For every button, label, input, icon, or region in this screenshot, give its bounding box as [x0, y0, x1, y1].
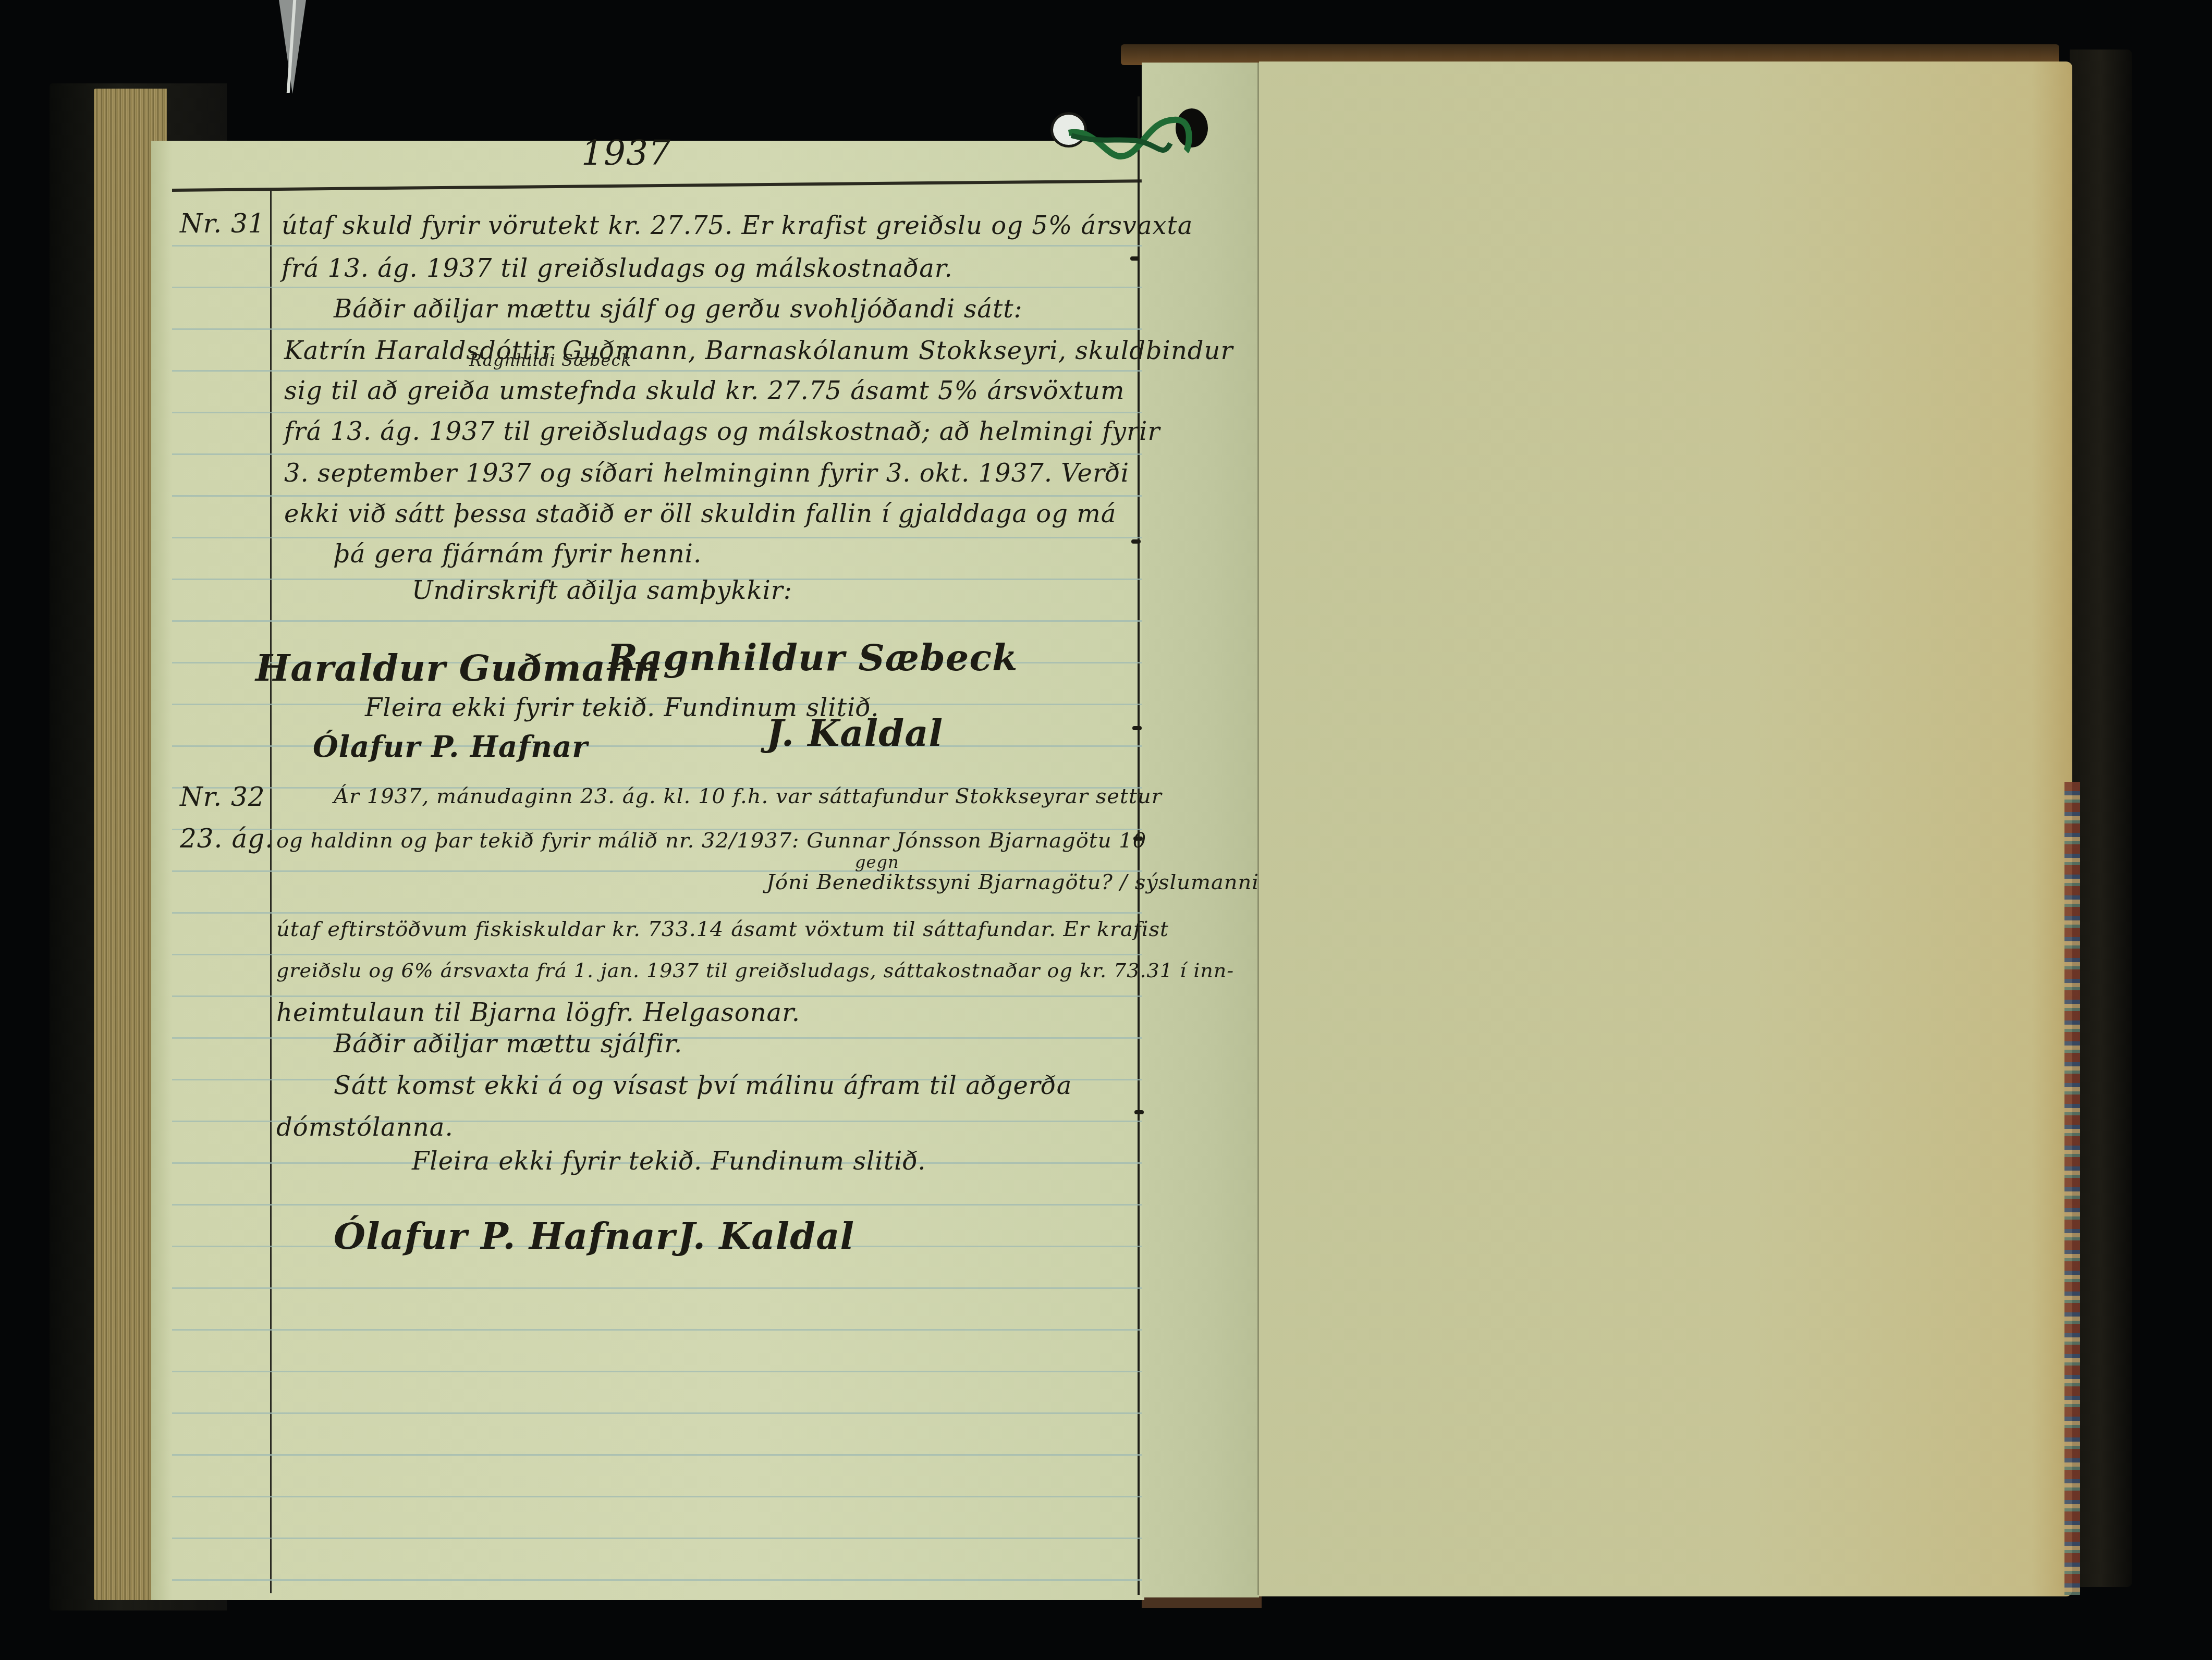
ruled-line	[172, 1454, 1142, 1456]
entry-32-line-3: Jóni Benediktssyni Bjarnagötu? / sýsluma…	[766, 870, 1259, 894]
ruled-line	[172, 1204, 1142, 1206]
entry-31-line-3: Báðir aðiljar mættu sjálf og gerðu svohl…	[334, 294, 1023, 324]
entry-31-line-4: Katrín Haraldsdóttir Guðmann, Barnaskóla…	[284, 336, 1233, 365]
entry-32-date: 23. ág.	[180, 823, 274, 854]
entry-31-line-6: frá 13. ág. 1937 til greiðsludags og mál…	[284, 417, 1160, 446]
binding-fold-line	[1257, 63, 1259, 1595]
year-header: 1937	[581, 133, 671, 173]
ruled-line	[172, 245, 1142, 247]
signature-official-1: Ólafur P. Hafnar	[313, 730, 588, 764]
entry-32-line-4: útaf eftirstöðvum fiskiskuldar kr. 733.1…	[276, 917, 1169, 941]
ruled-line	[172, 537, 1142, 538]
entry-number-32: Nr. 32	[180, 782, 265, 812]
entry-31-line-8: ekki við sátt þessa staðið er öll skuldi…	[284, 499, 1116, 528]
entry-number-31: Nr. 31	[180, 208, 265, 239]
signature-party-2: Ragnhildur Sæbeck	[607, 636, 1018, 679]
entry-31-line-10: Undirskrift aðilja samþykkir:	[412, 576, 792, 605]
ruled-line	[172, 1412, 1142, 1414]
ruled-line	[172, 912, 1142, 914]
binding-strip	[1142, 63, 1259, 1597]
gutter-tick	[1132, 726, 1142, 730]
ruled-line	[172, 1329, 1142, 1331]
ruled-line	[172, 995, 1142, 997]
ruled-line	[172, 1538, 1142, 1539]
ruled-line	[172, 1579, 1142, 1581]
signature-party-1: Haraldur Guðmann	[255, 646, 660, 690]
entry-31-line-1: útaf skuld fyrir vörutekt kr. 27.75. Er …	[282, 211, 1193, 240]
gutter-tick	[1131, 539, 1141, 544]
margin-line	[270, 189, 272, 1593]
right-page-blank	[1259, 62, 2072, 1596]
entry-31-line-7: 3. september 1937 og síðari helminginn f…	[284, 459, 1129, 488]
entry-32-line-7: Báðir aðiljar mættu sjálfir.	[334, 1029, 682, 1059]
entry-31-line-9: þá gera fjárnám fyrir henni.	[334, 539, 702, 569]
ruled-line	[172, 328, 1142, 330]
gutter-tick	[1134, 1110, 1144, 1114]
ruled-line	[172, 620, 1142, 622]
entry-32-line-6: heimtulaun til Bjarna lögfr. Helgasonar.	[276, 998, 800, 1027]
entry-32-line-2: og haldinn og þar tekið fyrir málið nr. …	[276, 829, 1146, 853]
entry-32-line-5: greiðslu og 6% ársvaxta frá 1. jan. 1937…	[276, 959, 1234, 982]
ruled-line	[172, 1496, 1142, 1497]
marbled-page-edge	[2064, 782, 2080, 1595]
ruled-line	[172, 287, 1142, 288]
entry-32-gegn: gegn	[855, 852, 899, 872]
ruled-line	[172, 370, 1142, 372]
ruled-line	[172, 412, 1142, 413]
signature-official-3: Ólafur P. Hafnar	[334, 1214, 676, 1258]
ruled-line	[172, 1287, 1142, 1289]
entry-32-closing: Fleira ekki fyrir tekið. Fundinum slitið…	[412, 1147, 926, 1176]
entry-32-line-8: Sátt komst ekki á og vísast því málinu á…	[334, 1071, 1072, 1100]
ruled-line	[172, 1371, 1142, 1372]
entry-31-line-5: sig til að greiða umstefnda skuld kr. 27…	[284, 376, 1125, 405]
entry-31-interlinear: Ragnhildi Sæbeck	[469, 350, 632, 370]
entry-32-line-9: dómstólanna.	[276, 1113, 454, 1142]
entry-32-line-1: Ár 1937, mánudaginn 23. ág. kl. 10 f.h. …	[334, 784, 1162, 808]
ruled-line	[172, 954, 1142, 955]
gutter-tick	[1130, 256, 1140, 261]
green-string-icon	[1058, 107, 1204, 164]
ruled-line	[172, 453, 1142, 455]
signature-official-2: J. Kaldal	[766, 711, 943, 755]
signature-official-4: J. Kaldal	[678, 1214, 854, 1258]
entry-31-line-2: frá 13. ág. 1937 til greiðsludags og mál…	[282, 254, 953, 283]
ruled-line	[172, 495, 1142, 497]
gutter-tick	[1133, 837, 1143, 841]
